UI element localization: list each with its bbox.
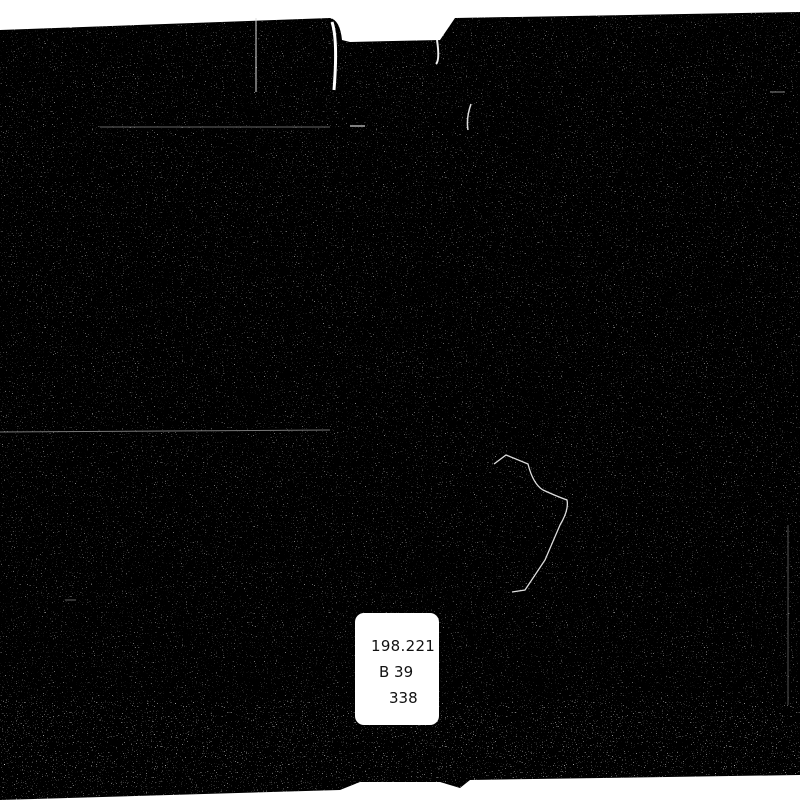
call-number-class: 198.221 — [371, 637, 435, 655]
call-number-item: 338 — [389, 689, 418, 707]
call-number-cutter: B 39 — [379, 663, 413, 681]
library-call-number-label: 198.221 B 39 338 — [355, 613, 439, 725]
